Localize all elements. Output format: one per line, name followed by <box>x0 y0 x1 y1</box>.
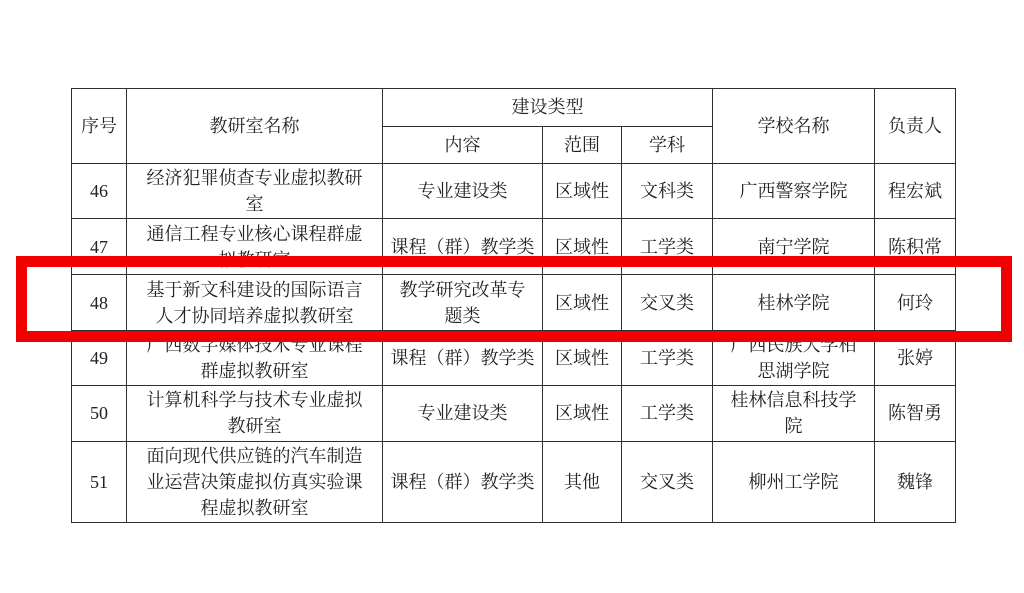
header-leader: 负责人 <box>875 89 956 164</box>
school-name-cell: 广西警察学院 <box>713 164 875 219</box>
header-school-name: 学校名称 <box>713 89 875 164</box>
leader-cell: 魏锋 <box>875 441 956 522</box>
office-name-cell: 通信工程专业核心课程群虚 拟教研室 <box>127 219 383 275</box>
office-name-cell: 经济犯罪侦查专业虚拟教研 室 <box>127 164 383 219</box>
office-name-cell: 基于新文科建设的国际语言 人才协同培养虚拟教研室 <box>127 275 383 331</box>
subject-cell: 文科类 <box>622 164 713 219</box>
header-serial-number: 序号 <box>72 89 127 164</box>
office-name-cell: 广西数字媒体技术专业课程 群虚拟教研室 <box>127 331 383 386</box>
subheader-scope: 范围 <box>543 127 622 164</box>
table-row-50: 50 计算机科学与技术专业虚拟 教研室 专业建设类 区域性 工学类 桂林信息科技… <box>72 386 956 441</box>
scope-cell: 区域性 <box>543 219 622 275</box>
content-type-cell: 课程（群）教学类 <box>383 331 543 386</box>
leader-cell: 陈积常 <box>875 219 956 275</box>
leader-cell: 程宏斌 <box>875 164 956 219</box>
school-name-cell: 桂林信息科技学 院 <box>713 386 875 441</box>
scope-cell: 区域性 <box>543 275 622 331</box>
scope-cell: 其他 <box>543 441 622 522</box>
table-row-48-highlighted: 48 基于新文科建设的国际语言 人才协同培养虚拟教研室 教学研究改革专 题类 区… <box>72 275 956 331</box>
school-name-cell: 广西民族大学相 思湖学院 <box>713 331 875 386</box>
serial-number-cell: 48 <box>72 275 127 331</box>
school-name-cell: 桂林学院 <box>713 275 875 331</box>
office-name-cell: 计算机科学与技术专业虚拟 教研室 <box>127 386 383 441</box>
content-type-cell: 课程（群）教学类 <box>383 441 543 522</box>
subject-cell: 工学类 <box>622 331 713 386</box>
content-type-cell: 专业建设类 <box>383 164 543 219</box>
content-type-cell: 专业建设类 <box>383 386 543 441</box>
subheader-content: 内容 <box>383 127 543 164</box>
leader-cell: 何玲 <box>875 275 956 331</box>
subheader-subject: 学科 <box>622 127 713 164</box>
serial-number-cell: 47 <box>72 219 127 275</box>
review-offices-table: 序号 教研室名称 建设类型 学校名称 负责人 内容 范围 学科 46 经济犯罪侦… <box>71 88 956 523</box>
document-page: 序号 教研室名称 建设类型 学校名称 负责人 内容 范围 学科 46 经济犯罪侦… <box>0 0 1024 593</box>
serial-number-cell: 50 <box>72 386 127 441</box>
office-name-cell: 面向现代供应链的汽车制造 业运营决策虚拟仿真实验课 程虚拟教研室 <box>127 441 383 522</box>
content-type-cell: 教学研究改革专 题类 <box>383 275 543 331</box>
subject-cell: 交叉类 <box>622 441 713 522</box>
school-name-cell: 南宁学院 <box>713 219 875 275</box>
content-type-cell: 课程（群）教学类 <box>383 219 543 275</box>
header-row-top: 序号 教研室名称 建设类型 学校名称 负责人 <box>72 89 956 127</box>
serial-number-cell: 51 <box>72 441 127 522</box>
table-row-46: 46 经济犯罪侦查专业虚拟教研 室 专业建设类 区域性 文科类 广西警察学院 程… <box>72 164 956 219</box>
header-office-name: 教研室名称 <box>127 89 383 164</box>
scope-cell: 区域性 <box>543 386 622 441</box>
subject-cell: 交叉类 <box>622 275 713 331</box>
leader-cell: 陈智勇 <box>875 386 956 441</box>
table-row-49: 49 广西数字媒体技术专业课程 群虚拟教研室 课程（群）教学类 区域性 工学类 … <box>72 331 956 386</box>
table-row-51: 51 面向现代供应链的汽车制造 业运营决策虚拟仿真实验课 程虚拟教研室 课程（群… <box>72 441 956 522</box>
scope-cell: 区域性 <box>543 331 622 386</box>
table-row-47: 47 通信工程专业核心课程群虚 拟教研室 课程（群）教学类 区域性 工学类 南宁… <box>72 219 956 275</box>
serial-number-cell: 49 <box>72 331 127 386</box>
header-construction-type: 建设类型 <box>383 89 713 127</box>
subject-cell: 工学类 <box>622 219 713 275</box>
scope-cell: 区域性 <box>543 164 622 219</box>
school-name-cell: 柳州工学院 <box>713 441 875 522</box>
subject-cell: 工学类 <box>622 386 713 441</box>
serial-number-cell: 46 <box>72 164 127 219</box>
leader-cell: 张婷 <box>875 331 956 386</box>
